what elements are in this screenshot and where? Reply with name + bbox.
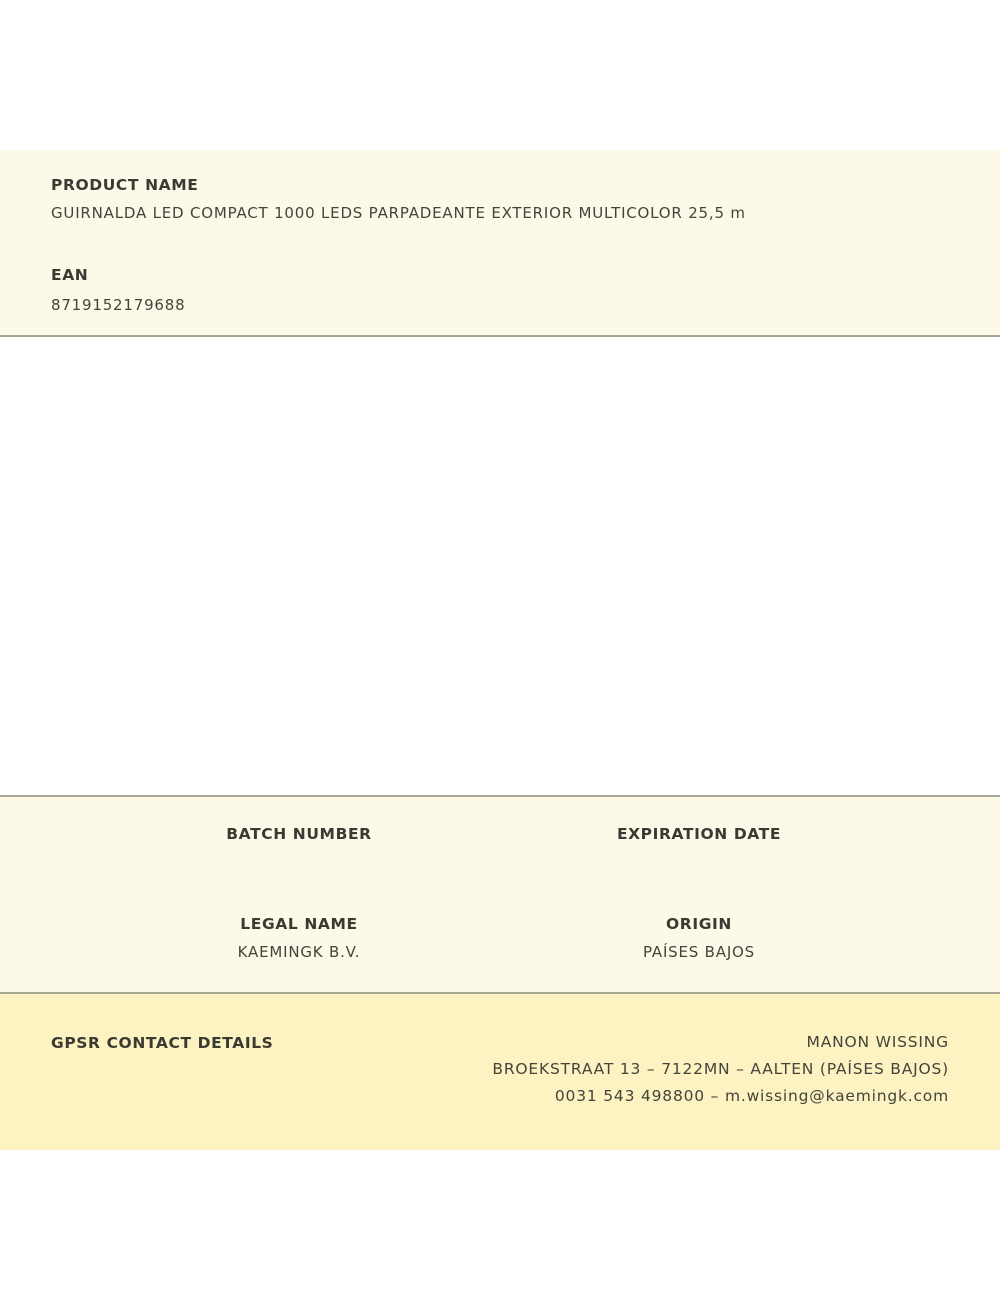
gpsr-contact-block: MANON WISSING BROEKSTRAAT 13 – 7122MN – … — [492, 1033, 949, 1114]
gpsr-contact-section: GPSR CONTACT DETAILS MANON WISSING BROEK… — [0, 994, 1000, 1150]
legal-name-value: KAEMINGK B.V. — [99, 943, 499, 961]
batch-number-label: BATCH NUMBER — [99, 825, 499, 843]
ean-label: EAN — [51, 266, 88, 284]
product-info-section: PRODUCT NAME GUIRNALDA LED COMPACT 1000 … — [0, 150, 1000, 337]
contact-name: MANON WISSING — [492, 1033, 949, 1051]
origin-label: ORIGIN — [499, 915, 899, 933]
origin-value: PAÍSES BAJOS — [499, 943, 899, 961]
gpsr-contact-label: GPSR CONTACT DETAILS — [51, 1034, 273, 1052]
legal-name-label: LEGAL NAME — [99, 915, 499, 933]
details-section: BATCH NUMBER EXPIRATION DATE LEGAL NAME … — [0, 795, 1000, 994]
contact-phone-email: 0031 543 498800 – m.wissing@kaemingk.com — [492, 1087, 949, 1105]
origin-field: ORIGIN PAÍSES BAJOS — [499, 915, 899, 961]
product-name-value: GUIRNALDA LED COMPACT 1000 LEDS PARPADEA… — [51, 204, 746, 222]
contact-address: BROEKSTRAAT 13 – 7122MN – AALTEN (PAÍSES… — [492, 1060, 949, 1078]
expiration-date-label: EXPIRATION DATE — [499, 825, 899, 843]
ean-value: 8719152179688 — [51, 296, 185, 314]
product-name-label: PRODUCT NAME — [51, 176, 198, 194]
batch-number-field: BATCH NUMBER — [99, 825, 499, 843]
expiration-date-field: EXPIRATION DATE — [499, 825, 899, 843]
legal-name-field: LEGAL NAME KAEMINGK B.V. — [99, 915, 499, 961]
